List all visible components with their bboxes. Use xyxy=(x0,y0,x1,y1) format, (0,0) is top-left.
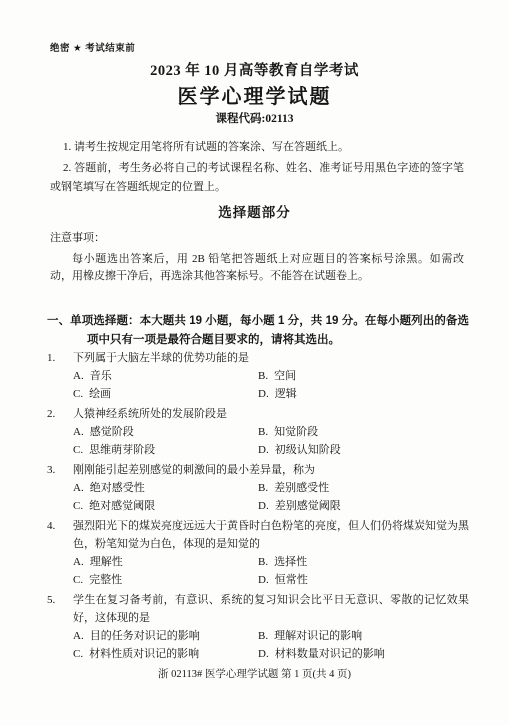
options-row: C. 思维萌芽阶段 D. 初级认知阶段 xyxy=(73,441,469,459)
option-b: B. 差别感受性 xyxy=(258,479,469,497)
option-text: 绘画 xyxy=(89,385,111,403)
option-c: C. 绘画 xyxy=(73,385,258,403)
option-text: 目的任务对识记的影响 xyxy=(90,627,200,645)
option-text: 恒常性 xyxy=(275,571,308,589)
question-list: 1. 下列属于大脑左半球的优势功能的是 A. 音乐 B. 空间 C. 绘画 D. xyxy=(47,349,469,665)
options-row: A. 音乐 B. 空间 xyxy=(73,367,469,385)
option-text: 思维萌芽阶段 xyxy=(89,441,155,459)
question-type-heading: 一、单项选择题：本大题共 19 小题，每小题 1 分，共 19 分。在每小题列出… xyxy=(47,312,469,349)
option-label: B. xyxy=(258,479,268,497)
option-label: B. xyxy=(258,627,268,645)
option-text: 逻辑 xyxy=(275,385,297,403)
option-label: A. xyxy=(73,423,84,441)
question-stem: 人猿神经系统所处的发展阶段是 xyxy=(73,405,469,423)
option-d: D. 差别感觉阈限 xyxy=(258,497,469,515)
option-label: B. xyxy=(258,423,268,441)
question-2: 2. 人猿神经系统所处的发展阶段是 A. 感觉阶段 B. 知觉阶段 C. 思维萌… xyxy=(47,405,469,459)
option-c: C. 思维萌芽阶段 xyxy=(73,441,258,459)
option-d: D. 初级认知阶段 xyxy=(258,441,469,459)
option-text: 感觉阶段 xyxy=(90,423,134,441)
option-label: D. xyxy=(258,497,269,515)
option-c: C. 绝对感觉阈限 xyxy=(73,497,258,515)
instruction-item-2: 2. 答题前，考生务必将自己的考试课程名称、姓名、准考证号用黑色字迹的签字笔或钢… xyxy=(50,159,464,197)
option-label: D. xyxy=(258,571,269,589)
part-numeral: 一、 xyxy=(47,315,70,327)
notice-label: 注意事项： xyxy=(50,230,464,248)
option-text: 绝对感觉阈限 xyxy=(89,497,155,515)
options-row: A. 理解性 B. 选择性 xyxy=(73,553,469,571)
option-d: D. 材料数量对识记的影响 xyxy=(258,645,469,663)
option-label: C. xyxy=(73,571,83,589)
question-stem: 刚刚能引起差别感觉的刺激间的最小差异量，称为 xyxy=(73,461,469,479)
page-footer: 浙 02113# 医学心理学试题 第 1 页(共 4 页) xyxy=(0,666,509,681)
option-c: C. 完整性 xyxy=(73,571,258,589)
option-a: A. 感觉阶段 xyxy=(73,423,258,441)
option-b: B. 知觉阶段 xyxy=(258,423,469,441)
question-stem: 学生在复习备考前，有意识、系统的复习知识会比平日无意识、零散的记忆效果好，这体现… xyxy=(73,591,469,627)
option-label: C. xyxy=(73,385,83,403)
option-text: 理解对识记的影响 xyxy=(274,627,362,645)
option-d: D. 逻辑 xyxy=(258,385,469,403)
question-stem: 下列属于大脑左半球的优势功能的是 xyxy=(73,349,469,367)
option-a: A. 绝对感受性 xyxy=(73,479,258,497)
option-text: 材料性质对识记的影响 xyxy=(89,645,199,663)
option-label: C. xyxy=(73,497,83,515)
paper-title: 医学心理学试题 xyxy=(0,80,509,109)
options-row: C. 材料性质对识记的影响 D. 材料数量对识记的影响 xyxy=(73,645,469,663)
option-label: A. xyxy=(73,553,84,571)
option-label: D. xyxy=(258,645,269,663)
question-5: 5. 学生在复习备考前，有意识、系统的复习知识会比平日无意识、零散的记忆效果好，… xyxy=(47,591,469,663)
notice-text: 每小题选出答案后，用 2B 铅笔把答题纸上对应题目的答案标号涂黑。如需改动，用橡… xyxy=(50,251,464,286)
option-label: D. xyxy=(258,441,269,459)
question-number: 2. xyxy=(47,405,55,423)
options-row: A. 感觉阶段 B. 知觉阶段 xyxy=(73,423,469,441)
options-row: C. 完整性 D. 恒常性 xyxy=(73,571,469,589)
option-d: D. 恒常性 xyxy=(258,571,469,589)
question-number: 1. xyxy=(47,349,55,367)
question-number: 3. xyxy=(47,461,55,479)
option-b: B. 理解对识记的影响 xyxy=(258,627,469,645)
option-label: A. xyxy=(73,367,84,385)
options-row: A. 目的任务对识记的影响 B. 理解对识记的影响 xyxy=(73,627,469,645)
instruction-item-1: 1. 请考生按规定用笔将所有试题的答案涂、写在答题纸上。 xyxy=(50,138,464,157)
question-stem: 强烈阳光下的煤炭亮度远远大于黄昏时白色粉笔的亮度，但人们仍将煤炭知觉为黑色，粉笔… xyxy=(73,517,469,553)
notice-block: 注意事项： 每小题选出答案后，用 2B 铅笔把答题纸上对应题目的答案标号涂黑。如… xyxy=(50,230,464,286)
option-text: 音乐 xyxy=(90,367,112,385)
option-text: 知觉阶段 xyxy=(274,423,318,441)
exam-session-title: 2023 年 10 月高等教育自学考试 xyxy=(0,59,509,80)
option-text: 初级认知阶段 xyxy=(275,441,341,459)
question-3: 3. 刚刚能引起差别感觉的刺激间的最小差异量，称为 A. 绝对感受性 B. 差别… xyxy=(47,461,469,515)
section-part-title: 选择题部分 xyxy=(0,201,509,221)
option-c: C. 材料性质对识记的影响 xyxy=(73,645,258,663)
part-heading-text: 单项选择题：本大题共 19 小题，每小题 1 分，共 19 分。在每小题列出的备… xyxy=(70,315,469,346)
options-row: C. 绘画 D. 逻辑 xyxy=(73,385,469,403)
option-text: 差别感受性 xyxy=(274,479,329,497)
option-label: A. xyxy=(73,479,84,497)
option-label: C. xyxy=(73,441,83,459)
option-label: A. xyxy=(73,627,84,645)
option-text: 绝对感受性 xyxy=(90,479,145,497)
exam-paper-page: 绝密 ★ 考试结束前 2023 年 10 月高等教育自学考试 医学心理学试题 课… xyxy=(0,0,509,725)
general-instructions: 1. 请考生按规定用笔将所有试题的答案涂、写在答题纸上。 2. 答题前，考生务必… xyxy=(50,138,464,199)
option-label: D. xyxy=(258,385,269,403)
option-text: 完整性 xyxy=(89,571,122,589)
options-row: A. 绝对感受性 B. 差别感受性 xyxy=(73,479,469,497)
question-1: 1. 下列属于大脑左半球的优势功能的是 A. 音乐 B. 空间 C. 绘画 D. xyxy=(47,349,469,403)
option-label: C. xyxy=(73,645,83,663)
option-text: 理解性 xyxy=(90,553,123,571)
course-code: 课程代码:02113 xyxy=(0,110,509,126)
question-4: 4. 强烈阳光下的煤炭亮度远远大于黄昏时白色粉笔的亮度，但人们仍将煤炭知觉为黑色… xyxy=(47,517,469,589)
option-b: B. 选择性 xyxy=(258,553,469,571)
question-number: 4. xyxy=(47,517,55,535)
option-a: A. 音乐 xyxy=(73,367,258,385)
option-a: A. 理解性 xyxy=(73,553,258,571)
option-text: 空间 xyxy=(274,367,296,385)
option-a: A. 目的任务对识记的影响 xyxy=(73,627,258,645)
option-text: 选择性 xyxy=(274,553,307,571)
option-label: B. xyxy=(258,553,268,571)
option-b: B. 空间 xyxy=(258,367,469,385)
option-label: B. xyxy=(258,367,268,385)
security-classification: 绝密 ★ 考试结束前 xyxy=(50,40,135,54)
option-text: 材料数量对识记的影响 xyxy=(275,645,385,663)
question-number: 5. xyxy=(47,591,55,609)
option-text: 差别感觉阈限 xyxy=(275,497,341,515)
options-row: C. 绝对感觉阈限 D. 差别感觉阈限 xyxy=(73,497,469,515)
